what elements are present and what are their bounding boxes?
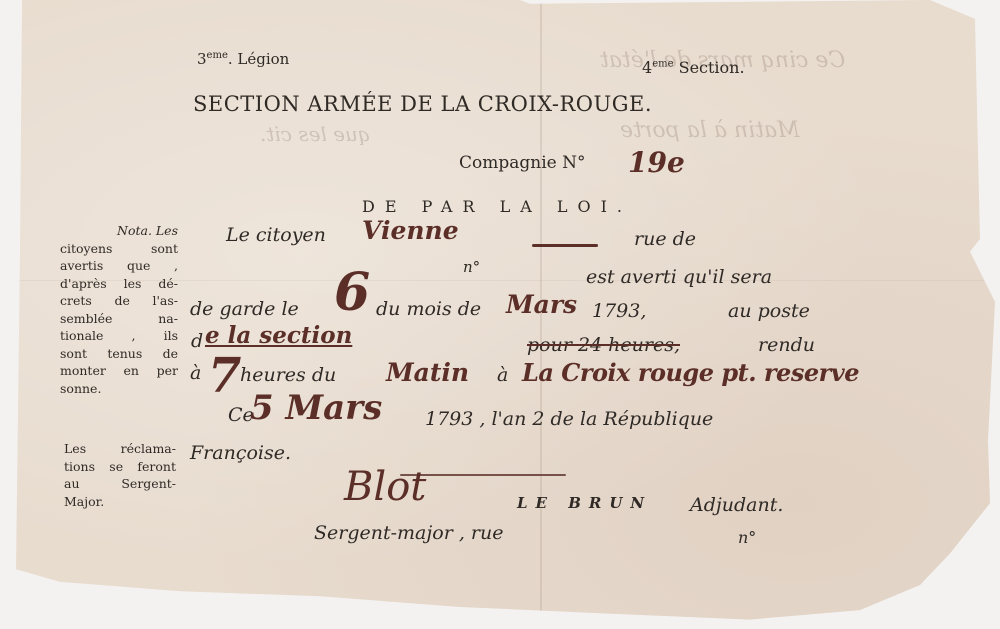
pour-24-heures-struck: pour 24 heures, <box>527 334 680 356</box>
rendu-label: rendu <box>758 334 815 356</box>
nota-line: Nota. Les <box>60 222 178 240</box>
company-label: Compagnie N° <box>459 153 586 173</box>
nota-line: semblée na- <box>60 310 178 328</box>
section-number: 4 <box>642 58 652 77</box>
nota-line: tionale , ils <box>60 327 178 345</box>
citoyen-name-handwritten: Vienne <box>362 216 459 245</box>
month-handwritten: Mars <box>506 290 577 319</box>
poste-handwritten: e la section <box>205 322 352 349</box>
poste-prefix: d <box>191 330 203 352</box>
legion-number: 3 <box>197 50 207 68</box>
date-year-text: 1793 , l'an 2 de la République <box>425 408 713 430</box>
nota-line: crets de l'as- <box>60 292 178 310</box>
sergent-major-label: Sergent-major , rue <box>314 522 503 544</box>
poste-label: au poste <box>728 300 810 322</box>
year-text: 1793, <box>592 300 646 322</box>
document-paper: Ce cinq mars de l'état Matin à la porte … <box>0 0 1000 629</box>
place-handwritten: La Croix rouge pt. reserve <box>522 358 859 387</box>
averti-label: est averti qu'il sera <box>586 266 772 288</box>
reclamations-line: Major. <box>64 493 176 511</box>
footer-numero-label: n° <box>738 528 756 547</box>
legion-suffix: eme <box>207 50 228 61</box>
reclamations-line: au Sergent- <box>64 475 176 493</box>
de-par-la-loi-heading: DE PAR LA LOI. <box>362 197 632 216</box>
a2-label: à <box>497 364 508 386</box>
reclamations-line: tions se feront <box>64 458 176 476</box>
garde-label: de garde le <box>190 298 299 320</box>
nota-line: d'après les dé- <box>60 275 178 293</box>
signatory-title: Adjudant. <box>690 494 783 516</box>
nota-line: sonne. <box>60 380 178 398</box>
nota-line: monter en per <box>60 362 178 380</box>
handwritten-dash <box>532 244 598 247</box>
period-handwritten: Matin <box>386 358 469 387</box>
francoise-text: Françoise. <box>190 442 291 464</box>
bleed-through-text: Matin à la porte <box>620 118 800 143</box>
day-handwritten: 6 <box>334 262 370 323</box>
nota-line: citoyens sont <box>60 240 178 258</box>
legion-label: 3eme. Légion <box>197 50 289 68</box>
company-number-handwritten: 19e <box>628 146 685 179</box>
section-text: Section. <box>679 58 745 77</box>
heures-label: heures du <box>240 364 336 386</box>
signature-handwritten: Blot <box>344 464 426 510</box>
date-handwritten: 5 Mars <box>250 388 382 428</box>
signatory-name: Le Brun <box>517 494 652 512</box>
rue-label: rue de <box>634 228 696 250</box>
nota-line: avertis que , <box>60 257 178 275</box>
hour-handwritten: 7 <box>208 348 241 404</box>
reclamations-line: Les réclama- <box>64 440 176 458</box>
citoyen-label: Le citoyen <box>226 224 326 246</box>
document-title: SECTION ARMÉE DE LA CROIX-ROUGE. <box>193 92 652 116</box>
numero-label: n° <box>463 258 480 276</box>
mois-label: du mois de <box>376 298 481 320</box>
nota-block: Nota. Les citoyens sont avertis que , d'… <box>60 222 178 397</box>
nota-line: sont tenus de <box>60 345 178 363</box>
bleed-through-text: que les cit. <box>260 122 371 146</box>
legion-text: . Légion <box>228 50 289 68</box>
a-label: à <box>190 362 201 384</box>
signature-flourish <box>400 474 566 476</box>
section-suffix: eme <box>652 59 673 70</box>
reclamations-block: Les réclama- tions se feront au Sergent-… <box>64 440 176 510</box>
section-label: 4eme Section. <box>642 58 745 77</box>
